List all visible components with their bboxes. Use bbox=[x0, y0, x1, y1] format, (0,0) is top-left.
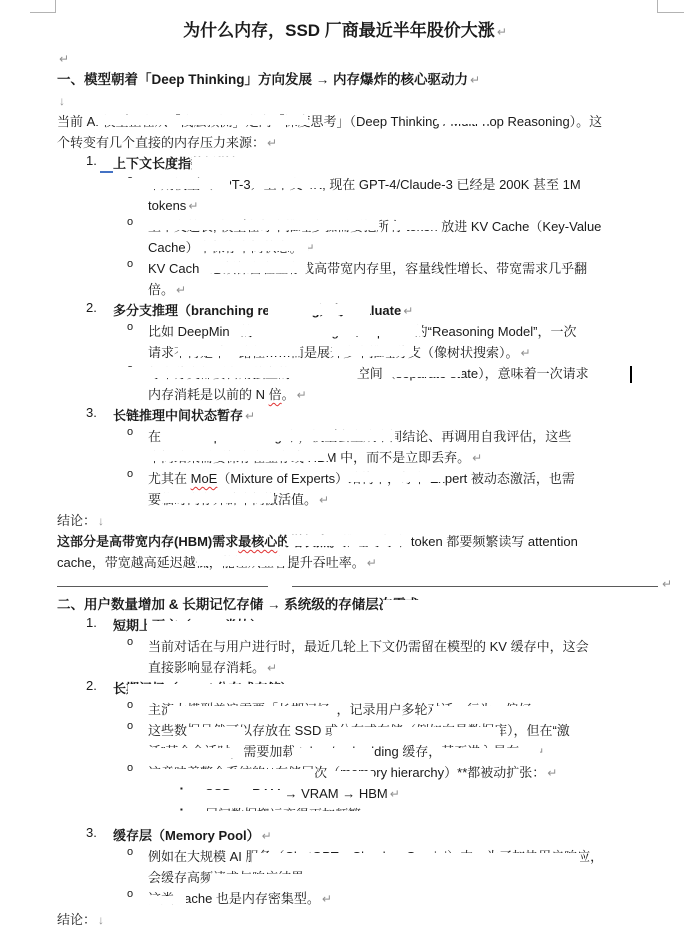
paragraph-mark-icon: ↵ bbox=[547, 766, 557, 780]
text-segment: 结论： bbox=[57, 513, 96, 528]
paragraph-mark-icon: ↵ bbox=[403, 304, 413, 318]
render-artifact bbox=[128, 684, 460, 697]
render-artifact bbox=[332, 346, 414, 356]
text-line[interactable]: 这类 cache 也是内存密集型。↵ bbox=[148, 888, 690, 909]
render-artifact bbox=[347, 472, 445, 482]
text-segment: 尤其在 bbox=[148, 471, 191, 486]
list-marker: 1. bbox=[86, 615, 97, 630]
sub-bullet-list-item[interactable]: ▪SSD → RAM → VRAM → HBM↵ bbox=[0, 783, 690, 804]
list-marker: 3. bbox=[86, 825, 97, 840]
render-artifact bbox=[383, 600, 433, 613]
list-marker: o bbox=[127, 888, 133, 900]
list-marker: o bbox=[127, 762, 133, 774]
render-artifact bbox=[437, 113, 489, 124]
text-segment: 倍。 bbox=[148, 282, 174, 297]
render-artifact bbox=[252, 853, 580, 864]
text-segment: 缓存层（Memory Pool） bbox=[113, 828, 260, 843]
render-artifact bbox=[177, 811, 425, 822]
list-marker: o bbox=[127, 321, 133, 333]
render-artifact bbox=[146, 220, 379, 230]
paragraph-mark-icon: ↵ bbox=[319, 493, 329, 507]
list-marker: 2. bbox=[86, 678, 97, 693]
bullet-list-item[interactable]: o这类 cache 也是内存密集型。↵ bbox=[0, 888, 690, 909]
document-page[interactable]: 为什么内存，SSD 厂商最近半年股价大涨↵↵一、模型朝着「Deep Thinki… bbox=[0, 0, 690, 926]
document-body[interactable]: 为什么内存，SSD 厂商最近半年股价大涨↵↵一、模型朝着「Deep Thinki… bbox=[0, 18, 690, 926]
section-heading[interactable]: 二、用户数量增加 & 长期记忆存储 → 系统级的存储层次需求↵ bbox=[0, 594, 690, 615]
text-line[interactable]: 当前对话在与用户进行时，最近几轮上下文仍需留在模型的 KV 缓存中，这会 bbox=[148, 636, 690, 657]
render-artifact bbox=[202, 790, 280, 800]
spellcheck-underline bbox=[100, 171, 113, 173]
render-artifact bbox=[388, 221, 438, 230]
render-artifact bbox=[196, 241, 308, 251]
render-artifact bbox=[147, 769, 315, 780]
paragraph-mark-icon: ↵ bbox=[188, 199, 198, 213]
render-artifact bbox=[112, 178, 230, 189]
document-title[interactable]: 为什么内存，SSD 厂商最近半年股价大涨↵ bbox=[0, 18, 690, 44]
text-line[interactable]: 长链推理中间状态暂存↵ bbox=[113, 405, 690, 426]
list-marker: o bbox=[127, 426, 133, 438]
render-artifact bbox=[167, 706, 335, 716]
list-marker: 2. bbox=[86, 300, 97, 315]
conclusion-label[interactable]: 结论：↓ bbox=[0, 909, 690, 926]
text-segment: 为什么内存，SSD 厂商最近半年股价大涨 bbox=[183, 21, 495, 40]
paragraph-mark-icon: ↵ bbox=[297, 388, 307, 402]
text-segment: 个转变有几个直接的内存压力来源： bbox=[57, 135, 265, 150]
text-line[interactable]: tokens↵ bbox=[148, 195, 690, 216]
numbered-list-item[interactable]: 3.缓存层（Memory Pool）↵ bbox=[0, 825, 690, 846]
text-line[interactable]: 个转变有几个直接的内存压力来源：↵ bbox=[57, 132, 690, 153]
render-artifact bbox=[199, 262, 307, 273]
line-break-mark-icon: ↓ bbox=[98, 514, 104, 528]
conclusion-label[interactable]: 结论：↓ bbox=[0, 510, 690, 531]
render-artifact bbox=[146, 896, 186, 904]
bullet-list-item[interactable]: o当前对话在与用户进行时，最近几轮上下文仍需留在模型的 KV 缓存中，这会直接影… bbox=[0, 636, 690, 678]
text-line[interactable]: 直接影响显存消耗。↵ bbox=[148, 657, 690, 678]
render-artifact bbox=[332, 727, 500, 738]
bullet-list-item[interactable]: o早期模型（GPT-3）上下文 4K, 现在 GPT-4/Claude-3 已经… bbox=[0, 174, 690, 216]
bullet-list-item[interactable]: o主流大模型普遍需要「长期记忆」，记录用户多轮对话、行为、偏好↵ bbox=[0, 699, 690, 720]
render-artifact bbox=[96, 115, 308, 125]
paragraph-mark-icon: ↵ bbox=[472, 451, 482, 465]
text-segment: 当前对话在与用户进行时，最近几轮上下文仍需留在模型的 KV 缓存中，这会 bbox=[148, 639, 589, 654]
render-artifact bbox=[432, 748, 540, 758]
text-line[interactable]: 倍。↵ bbox=[148, 279, 690, 300]
text-line[interactable]: 为什么内存，SSD 厂商最近半年股价大涨↵ bbox=[0, 18, 690, 44]
text-segment: 最核心 bbox=[238, 534, 277, 549]
list-marker: 3. bbox=[86, 405, 97, 420]
text-line[interactable]: 结论：↓ bbox=[57, 909, 690, 926]
text-segment: tokens bbox=[148, 198, 186, 213]
render-artifact bbox=[197, 556, 289, 566]
paragraph-mark-icon: ↵ bbox=[470, 73, 480, 87]
text-segment: MoE bbox=[191, 471, 218, 486]
paragraph-mark-icon: ↵ bbox=[521, 346, 531, 360]
render-artifact bbox=[146, 451, 328, 461]
paragraph-mark-icon: ↵ bbox=[662, 577, 672, 591]
text-segment: 。 bbox=[282, 387, 295, 402]
list-marker: o bbox=[127, 720, 133, 732]
paragraph-mark-icon: ↵ bbox=[497, 25, 507, 39]
line-break-mark-icon: ↓ bbox=[98, 913, 104, 926]
render-artifact bbox=[332, 771, 374, 780]
text-segment: 二、用户数量增加 & 长期记忆存储 → 系统级的存储层次需求 bbox=[57, 597, 419, 612]
list-marker: 1. bbox=[86, 153, 97, 168]
text-line[interactable]: 结论：↓ bbox=[57, 510, 690, 531]
render-artifact bbox=[210, 874, 578, 886]
paragraph-mark-icon: ↵ bbox=[176, 283, 186, 297]
line-break-paragraph[interactable]: ↓ bbox=[0, 90, 690, 111]
render-artifact bbox=[268, 578, 292, 588]
text-segment: 倍 bbox=[269, 387, 282, 402]
numbered-list-item[interactable]: 3.长链推理中间状态暂存↵ bbox=[0, 405, 690, 426]
render-artifact bbox=[187, 727, 245, 737]
render-artifact bbox=[192, 157, 287, 170]
render-artifact bbox=[250, 178, 330, 188]
text-segment: 长链推理中间状态暂存 bbox=[113, 408, 243, 423]
section-heading[interactable]: 一、模型朝着「Deep Thinking」方向发展 → 内存爆炸的核心驱动力↵ bbox=[0, 69, 690, 90]
render-artifact bbox=[292, 748, 374, 758]
text-segment: 直接影响显存消耗。 bbox=[148, 660, 265, 675]
paragraph-mark-icon: ↵ bbox=[267, 661, 277, 675]
text-line[interactable]: 一、模型朝着「Deep Thinking」方向发展 → 内存爆炸的核心驱动力↵ bbox=[57, 69, 690, 90]
corner-crop-mark-left bbox=[30, 12, 56, 13]
paragraph-mark-icon: ↵ bbox=[390, 787, 400, 801]
text-cursor bbox=[630, 366, 632, 383]
render-artifact bbox=[287, 535, 409, 546]
render-artifact bbox=[147, 748, 239, 758]
paragraph-mark-icon: ↵ bbox=[59, 52, 69, 66]
paragraph-mark-icon: ↵ bbox=[262, 829, 272, 843]
render-artifact bbox=[390, 367, 462, 377]
paragraph-mark-icon: ↵ bbox=[322, 892, 332, 906]
bullet-list-item[interactable]: o尤其在 MoE（Mixture of Experts）结构下，每个 Exper… bbox=[0, 468, 690, 510]
list-marker: o bbox=[127, 846, 133, 858]
text-line[interactable]: 二、用户数量增加 & 长期记忆存储 → 系统级的存储层次需求↵ bbox=[57, 594, 690, 615]
text-line[interactable]: ↵ bbox=[0, 48, 690, 69]
render-artifact bbox=[178, 346, 300, 356]
paragraph-mark-icon: ↵ bbox=[367, 556, 377, 570]
paragraph-mark-icon: ↵ bbox=[245, 409, 255, 423]
empty-paragraph[interactable]: ↵ bbox=[0, 48, 690, 69]
render-artifact bbox=[162, 493, 274, 503]
paragraph-mark-icon: ↵ bbox=[267, 136, 277, 150]
corner-crop-mark-right bbox=[657, 12, 684, 13]
render-artifact bbox=[147, 621, 369, 635]
bullet-list-item[interactable]: oKV Cache 必须保留在显存或高带宽内存里，容量线性增长、带宽需求几乎翻倍… bbox=[0, 258, 690, 300]
text-segment: 内存消耗是以前的 N bbox=[148, 387, 269, 402]
list-marker: o bbox=[127, 216, 133, 228]
horizontal-rule: ↵ bbox=[57, 586, 658, 587]
list-marker: o bbox=[127, 636, 133, 648]
render-artifact bbox=[432, 706, 544, 717]
text-line[interactable]: ↓ bbox=[0, 90, 690, 111]
render-artifact bbox=[229, 325, 422, 336]
list-marker: o bbox=[127, 468, 133, 480]
render-artifact bbox=[268, 304, 370, 315]
text-segment: 这部分是高带宽内存(HBM)需求 bbox=[57, 534, 238, 549]
text-line[interactable]: 缓存层（Memory Pool）↵ bbox=[113, 825, 690, 846]
render-artifact bbox=[122, 367, 360, 378]
text-line[interactable]: 多分支推理（branching reasoning）与 evaluate↵ bbox=[113, 300, 690, 321]
text-segment: 一、模型朝着「Deep Thinking」方向发展 → 内存爆炸的核心驱动力 bbox=[57, 72, 468, 87]
render-artifact bbox=[163, 430, 395, 441]
line-break-mark-icon: ↓ bbox=[59, 94, 65, 108]
list-marker: ▪ bbox=[180, 784, 183, 793]
text-segment: 结论： bbox=[57, 912, 96, 926]
list-marker: o bbox=[127, 699, 133, 711]
render-artifact bbox=[420, 790, 478, 801]
list-marker: o bbox=[127, 258, 133, 270]
text-line[interactable]: cache，带宽越高延迟越低，能让从业者提升吞吐率。↵ bbox=[57, 552, 690, 573]
text-line[interactable]: 内存消耗是以前的 N 倍。↵ bbox=[148, 384, 690, 405]
